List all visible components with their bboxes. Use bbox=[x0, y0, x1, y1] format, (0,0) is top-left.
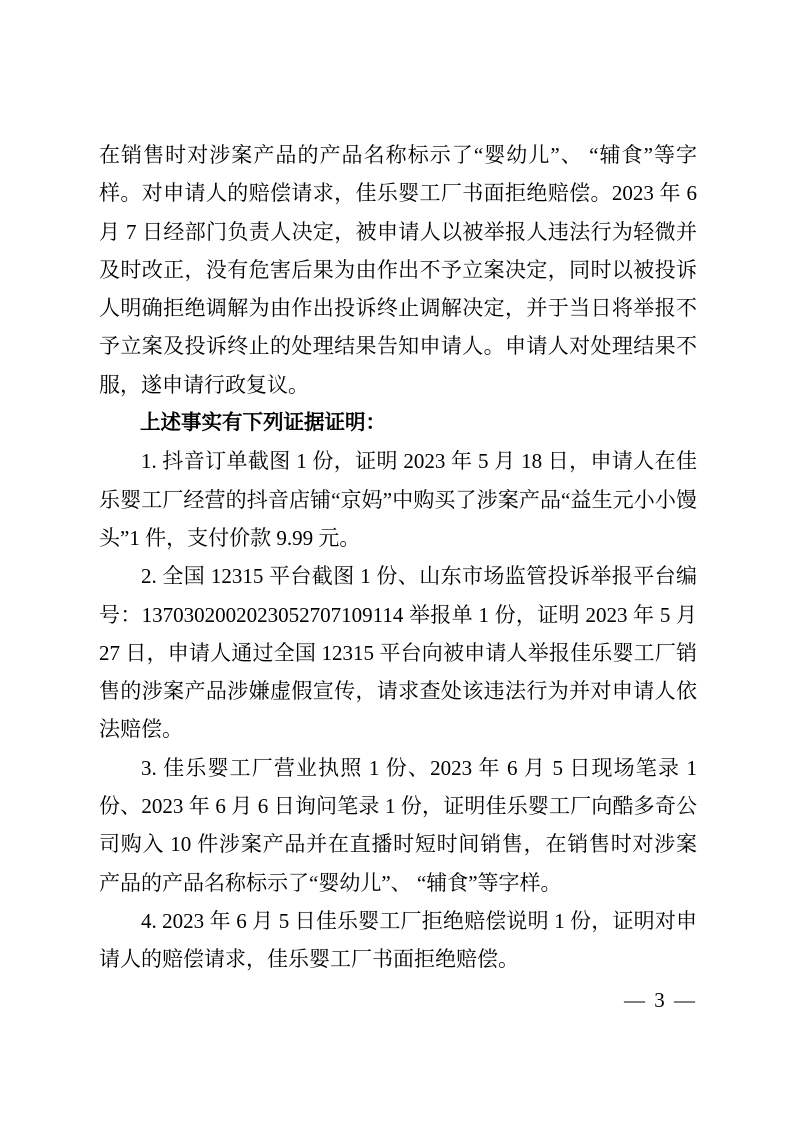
document-text-block: 在销售时对涉案产品的产品名称标示了“婴幼儿”、 “辅食”等字样。对申请人的赔偿请… bbox=[99, 136, 697, 979]
page-number: — 3 — bbox=[624, 988, 697, 1013]
evidence-item-3: 3. 佳乐婴工厂营业执照 1 份、2023 年 6 月 5 日现场笔录 1 份、… bbox=[99, 749, 697, 902]
evidence-item-1: 1. 抖音订单截图 1 份，证明 2023 年 5 月 18 日，申请人在佳乐婴… bbox=[99, 442, 697, 557]
document-page: 在销售时对涉案产品的产品名称标示了“婴幼儿”、 “辅食”等字样。对申请人的赔偿请… bbox=[0, 0, 794, 1123]
evidence-item-4: 4. 2023 年 6 月 5 日佳乐婴工厂拒绝赔偿说明 1 份，证明对申请人的… bbox=[99, 902, 697, 979]
paragraph-continuation: 在销售时对涉案产品的产品名称标示了“婴幼儿”、 “辅食”等字样。对申请人的赔偿请… bbox=[99, 136, 697, 404]
evidence-item-2: 2. 全国 12315 平台截图 1 份、山东市场监管投诉举报平台编号：1370… bbox=[99, 557, 697, 748]
evidence-section-heading: 上述事实有下列证据证明： bbox=[99, 404, 697, 442]
